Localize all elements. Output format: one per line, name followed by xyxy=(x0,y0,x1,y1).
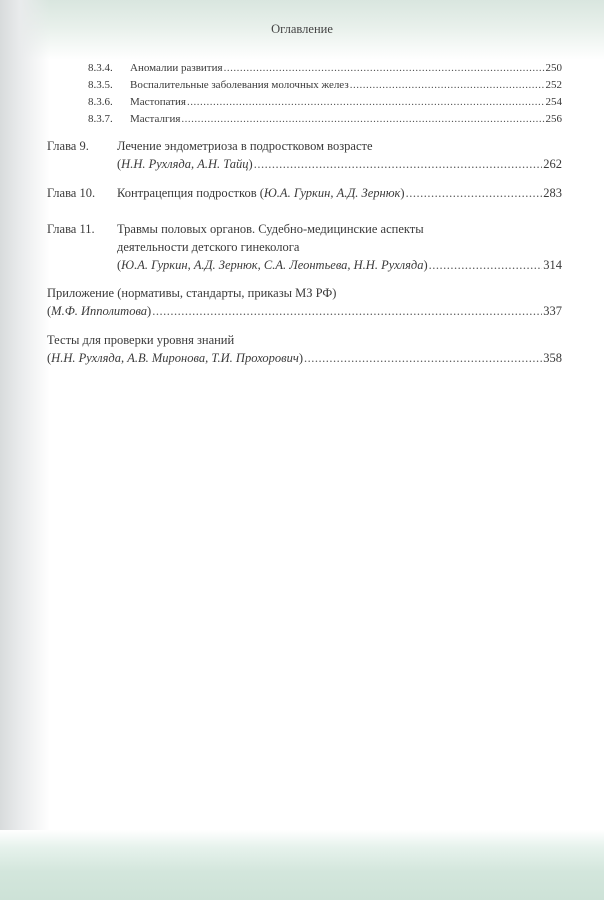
section-title: Воспалительные заболевания молочных желе… xyxy=(130,77,349,93)
running-header: Оглавление xyxy=(0,22,604,37)
authors: (Н.Н. Рухляда, А.Н. Тайц) xyxy=(117,155,253,173)
appendix-title: Приложение (нормативы, стандарты, приказ… xyxy=(47,284,562,302)
chapter-authors-line: (Ю.А. Гуркин, А.Д. Зернюк, С.А. Леонтьев… xyxy=(117,256,562,274)
page-number: 254 xyxy=(546,94,563,110)
chapter-authors-line: (Н.Н. Рухляда, А.Н. Тайц) 262 xyxy=(117,155,562,173)
chapter-title-line-1: Травмы половых органов. Судебно-медицинс… xyxy=(117,220,562,238)
page-left-shadow xyxy=(0,0,50,900)
page-number: 314 xyxy=(543,256,562,274)
page-number: 256 xyxy=(546,111,563,127)
section-title: Масталгия xyxy=(130,111,180,127)
toc-entry-8-3-5[interactable]: 8.3.5. Воспалительные заболевания молочн… xyxy=(88,77,562,93)
toc-entry-8-3-7[interactable]: 8.3.7. Масталгия 256 xyxy=(88,111,562,127)
section-title: Аномалии развития xyxy=(130,60,223,76)
toc-entry-chapter-11[interactable]: Глава 11. Травмы половых органов. Судебн… xyxy=(47,220,562,274)
chapter-title-line: Контрацепция подростков (Ю.А. Гуркин, А.… xyxy=(117,184,562,202)
page-number: 337 xyxy=(543,302,562,320)
page-number: 358 xyxy=(543,349,562,367)
section-number: 8.3.4. xyxy=(88,60,130,76)
tests-title: Тесты для проверки уровня знаний xyxy=(47,331,562,349)
dot-leader xyxy=(304,349,542,367)
toc-entry-chapter-9[interactable]: Глава 9. Лечение эндометриоза в подростк… xyxy=(47,137,562,173)
section-number: 8.3.7. xyxy=(88,111,130,127)
toc-entry-tests[interactable]: Тесты для проверки уровня знаний (Н.Н. Р… xyxy=(47,331,562,367)
chapter-label: Глава 10. xyxy=(47,184,95,202)
toc-entry-8-3-6[interactable]: 8.3.6. Мастопатия 254 xyxy=(88,94,562,110)
section-number: 8.3.5. xyxy=(88,77,130,93)
dot-leader xyxy=(350,77,545,93)
page-number: 262 xyxy=(543,155,562,173)
appendix-authors-line: (М.Ф. Ипполитова) 337 xyxy=(47,302,562,320)
chapter-label: Глава 11. xyxy=(47,220,95,238)
section-number: 8.3.6. xyxy=(88,94,130,110)
page-number: 250 xyxy=(546,60,563,76)
dot-leader xyxy=(254,155,543,173)
toc-entry-chapter-10[interactable]: Глава 10. Контрацепция подростков (Ю.А. … xyxy=(47,184,562,202)
page-number: 283 xyxy=(543,184,562,202)
authors: (Н.Н. Рухляда, А.В. Миронова, Т.И. Прохо… xyxy=(47,349,303,367)
dot-leader xyxy=(406,184,543,202)
chapter-title: Контрацепция подростков (Ю.А. Гуркин, А.… xyxy=(117,184,405,202)
dot-leader xyxy=(187,94,545,110)
tests-authors-line: (Н.Н. Рухляда, А.В. Миронова, Т.И. Прохо… xyxy=(47,349,562,367)
page-number: 252 xyxy=(546,77,563,93)
toc-entry-8-3-4[interactable]: 8.3.4. Аномалии развития 250 xyxy=(88,60,562,76)
chapter-title: Лечение эндометриоза в подростковом возр… xyxy=(117,137,562,155)
section-title: Мастопатия xyxy=(130,94,186,110)
toc-entry-appendix[interactable]: Приложение (нормативы, стандарты, приказ… xyxy=(47,284,562,320)
chapter-title-line-2: деятельности детского гинеколога xyxy=(117,238,562,256)
dot-leader xyxy=(224,60,545,76)
page-bottom-tint xyxy=(0,830,604,900)
dot-leader xyxy=(181,111,544,127)
chapter-label: Глава 9. xyxy=(47,137,89,155)
authors: (Ю.А. Гуркин, А.Д. Зернюк, С.А. Леонтьев… xyxy=(117,256,428,274)
dot-leader xyxy=(152,302,542,320)
dot-leader xyxy=(429,256,543,274)
authors: (М.Ф. Ипполитова) xyxy=(47,302,151,320)
